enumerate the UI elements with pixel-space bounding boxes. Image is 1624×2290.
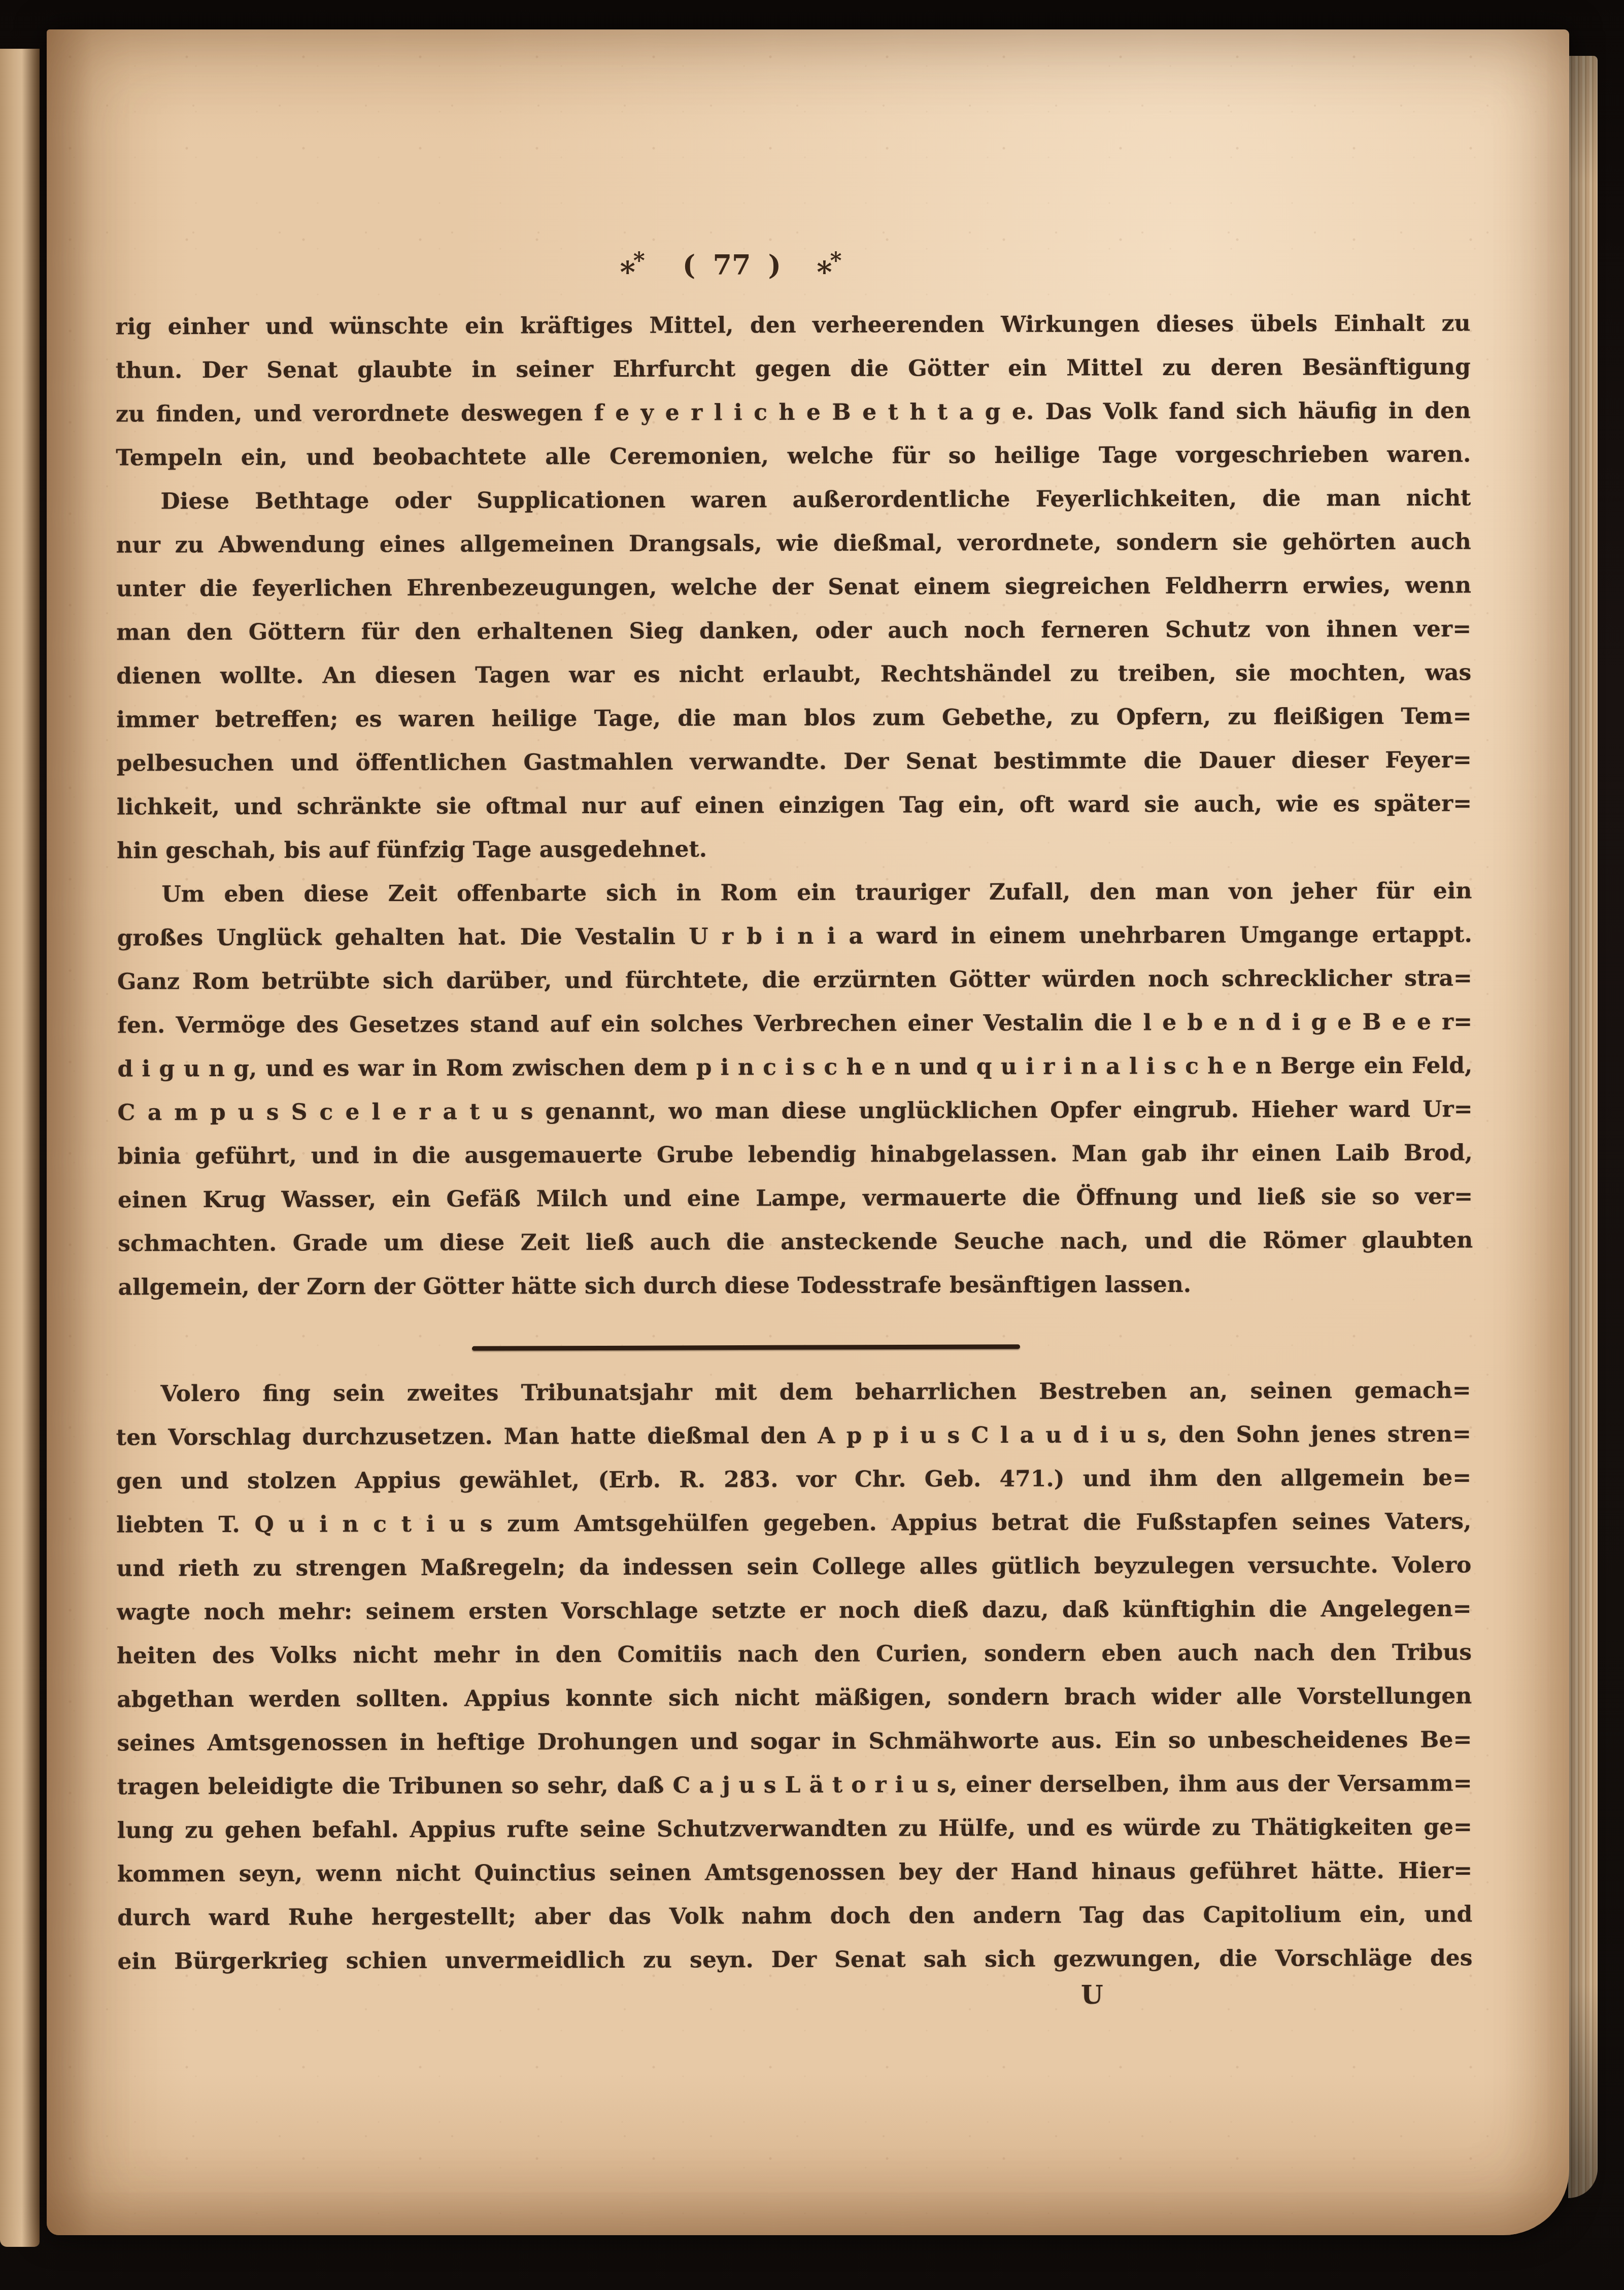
text-line: Volero fing sein zweites Tribunatsjahr m… [116, 1369, 1471, 1416]
text-line: Tempeln ein, und beobachtete alle Ceremo… [116, 433, 1471, 480]
text-line: dienen wollte. An diesen Tagen war es ni… [116, 651, 1471, 699]
book-photo: { "header": { "ornament_star": "*", "ope… [0, 0, 1624, 2290]
text-line: seines Amtsgenossen in heftige Drohungen… [117, 1718, 1472, 1766]
section-2: Volero fing sein zweites Tribunatsjahr m… [116, 1369, 1472, 1984]
text-line: großes Unglück gehalten hat. Die Vestali… [117, 913, 1472, 960]
text-line: Um eben diese Zeit offenbarte sich in Ro… [117, 870, 1472, 917]
text-line: allgemein, der Zorn der Götter hätte sic… [118, 1263, 1473, 1310]
text-line: schmachten. Grade um diese Zeit ließ auc… [118, 1219, 1473, 1266]
close-paren: ) [768, 251, 782, 279]
signature-mark: U [1081, 1980, 1103, 2010]
text-line: kommen seyn, wenn nicht Quinctius seinen… [117, 1849, 1472, 1897]
page-number: 77 [713, 251, 751, 279]
text-line: unter die feyerlichen Ehrenbezeugungen, … [116, 564, 1471, 611]
text-line: pelbesuchen und öffentlichen Gastmahlen … [117, 739, 1472, 786]
fore-edge-page-stack [1568, 56, 1598, 2198]
text-line: ein Bürgerkrieg schien unvermeidlich zu … [117, 1937, 1472, 1984]
text-line: nur zu Abwendung eines allgemeinen Drang… [116, 520, 1471, 568]
text-line: binia geführt, und in die ausgemauerte G… [118, 1132, 1473, 1179]
text-line: C a m p u s S c e l e r a t u s genannt,… [117, 1088, 1472, 1135]
text-line: man den Göttern für den erhaltenen Sieg … [116, 608, 1471, 655]
text-line: thun. Der Senat glaubte in seiner Ehrfur… [116, 346, 1471, 393]
text-line: tragen beleidigte die Tribunen so sehr, … [117, 1762, 1472, 1809]
text-line: abgethan werden sollten. Appius konnte s… [117, 1675, 1472, 1722]
ornament-star: * [830, 250, 841, 273]
text-line: durch ward Ruhe hergestellt; aber das Vo… [117, 1893, 1472, 1940]
text-line: Ganz Rom betrübte sich darüber, und fürc… [117, 957, 1472, 1004]
text-line: und rieth zu strengen Maßregeln; da inde… [116, 1544, 1471, 1591]
text-line: immer betreffen; es waren heilige Tage, … [116, 695, 1471, 742]
text-line: wagte noch mehr: seinem ersten Vorschlag… [117, 1587, 1472, 1635]
text-line: lichkeit, und schränkte sie oftmal nur a… [117, 782, 1472, 829]
page-number-group: ( 77 ) [683, 251, 781, 279]
page-header: ** ( 77 ) ** [0, 251, 1493, 281]
text-line: hin geschah, bis auf fünfzig Tage ausged… [117, 826, 1472, 873]
previous-page-edge [0, 49, 40, 2247]
text-line: liebten T. Q u i n c t i u s zum Amtsgeh… [116, 1500, 1471, 1547]
text-line: gen und stolzen Appius gewählet, (Erb. R… [116, 1456, 1471, 1504]
text-line: heiten des Volks nicht mehr in den Comit… [117, 1631, 1472, 1678]
page: ** ( 77 ) ** rig einher und wünschte ein… [47, 29, 1569, 2235]
text-line: fen. Vermöge des Gesetzes stand auf ein … [117, 1001, 1472, 1048]
text-line: d i g u n g, und es war in Rom zwischen … [117, 1044, 1472, 1091]
text-line: zu finden, und verordnete deswegen f e y… [116, 389, 1471, 437]
ornament-star: * [633, 250, 645, 273]
section-divider [472, 1344, 1020, 1351]
section-1: rig einher und wünschte ein kräftiges Mi… [115, 302, 1473, 1310]
text-line: einen Krug Wasser, ein Gefäß Milch und e… [118, 1175, 1473, 1222]
text-line: Diese Bethtage oder Supplicationen waren… [116, 477, 1471, 524]
floral-ornament-left-icon: ** [620, 251, 647, 281]
text-line: lung zu gehen befahl. Appius rufte seine… [117, 1806, 1472, 1853]
text-line: ten Vorschlag durchzusetzen. Man hatte d… [116, 1413, 1471, 1460]
open-paren: ( [683, 251, 696, 279]
text-line: rig einher und wünschte ein kräftiges Mi… [115, 302, 1470, 349]
floral-ornament-right-icon: ** [817, 251, 843, 281]
